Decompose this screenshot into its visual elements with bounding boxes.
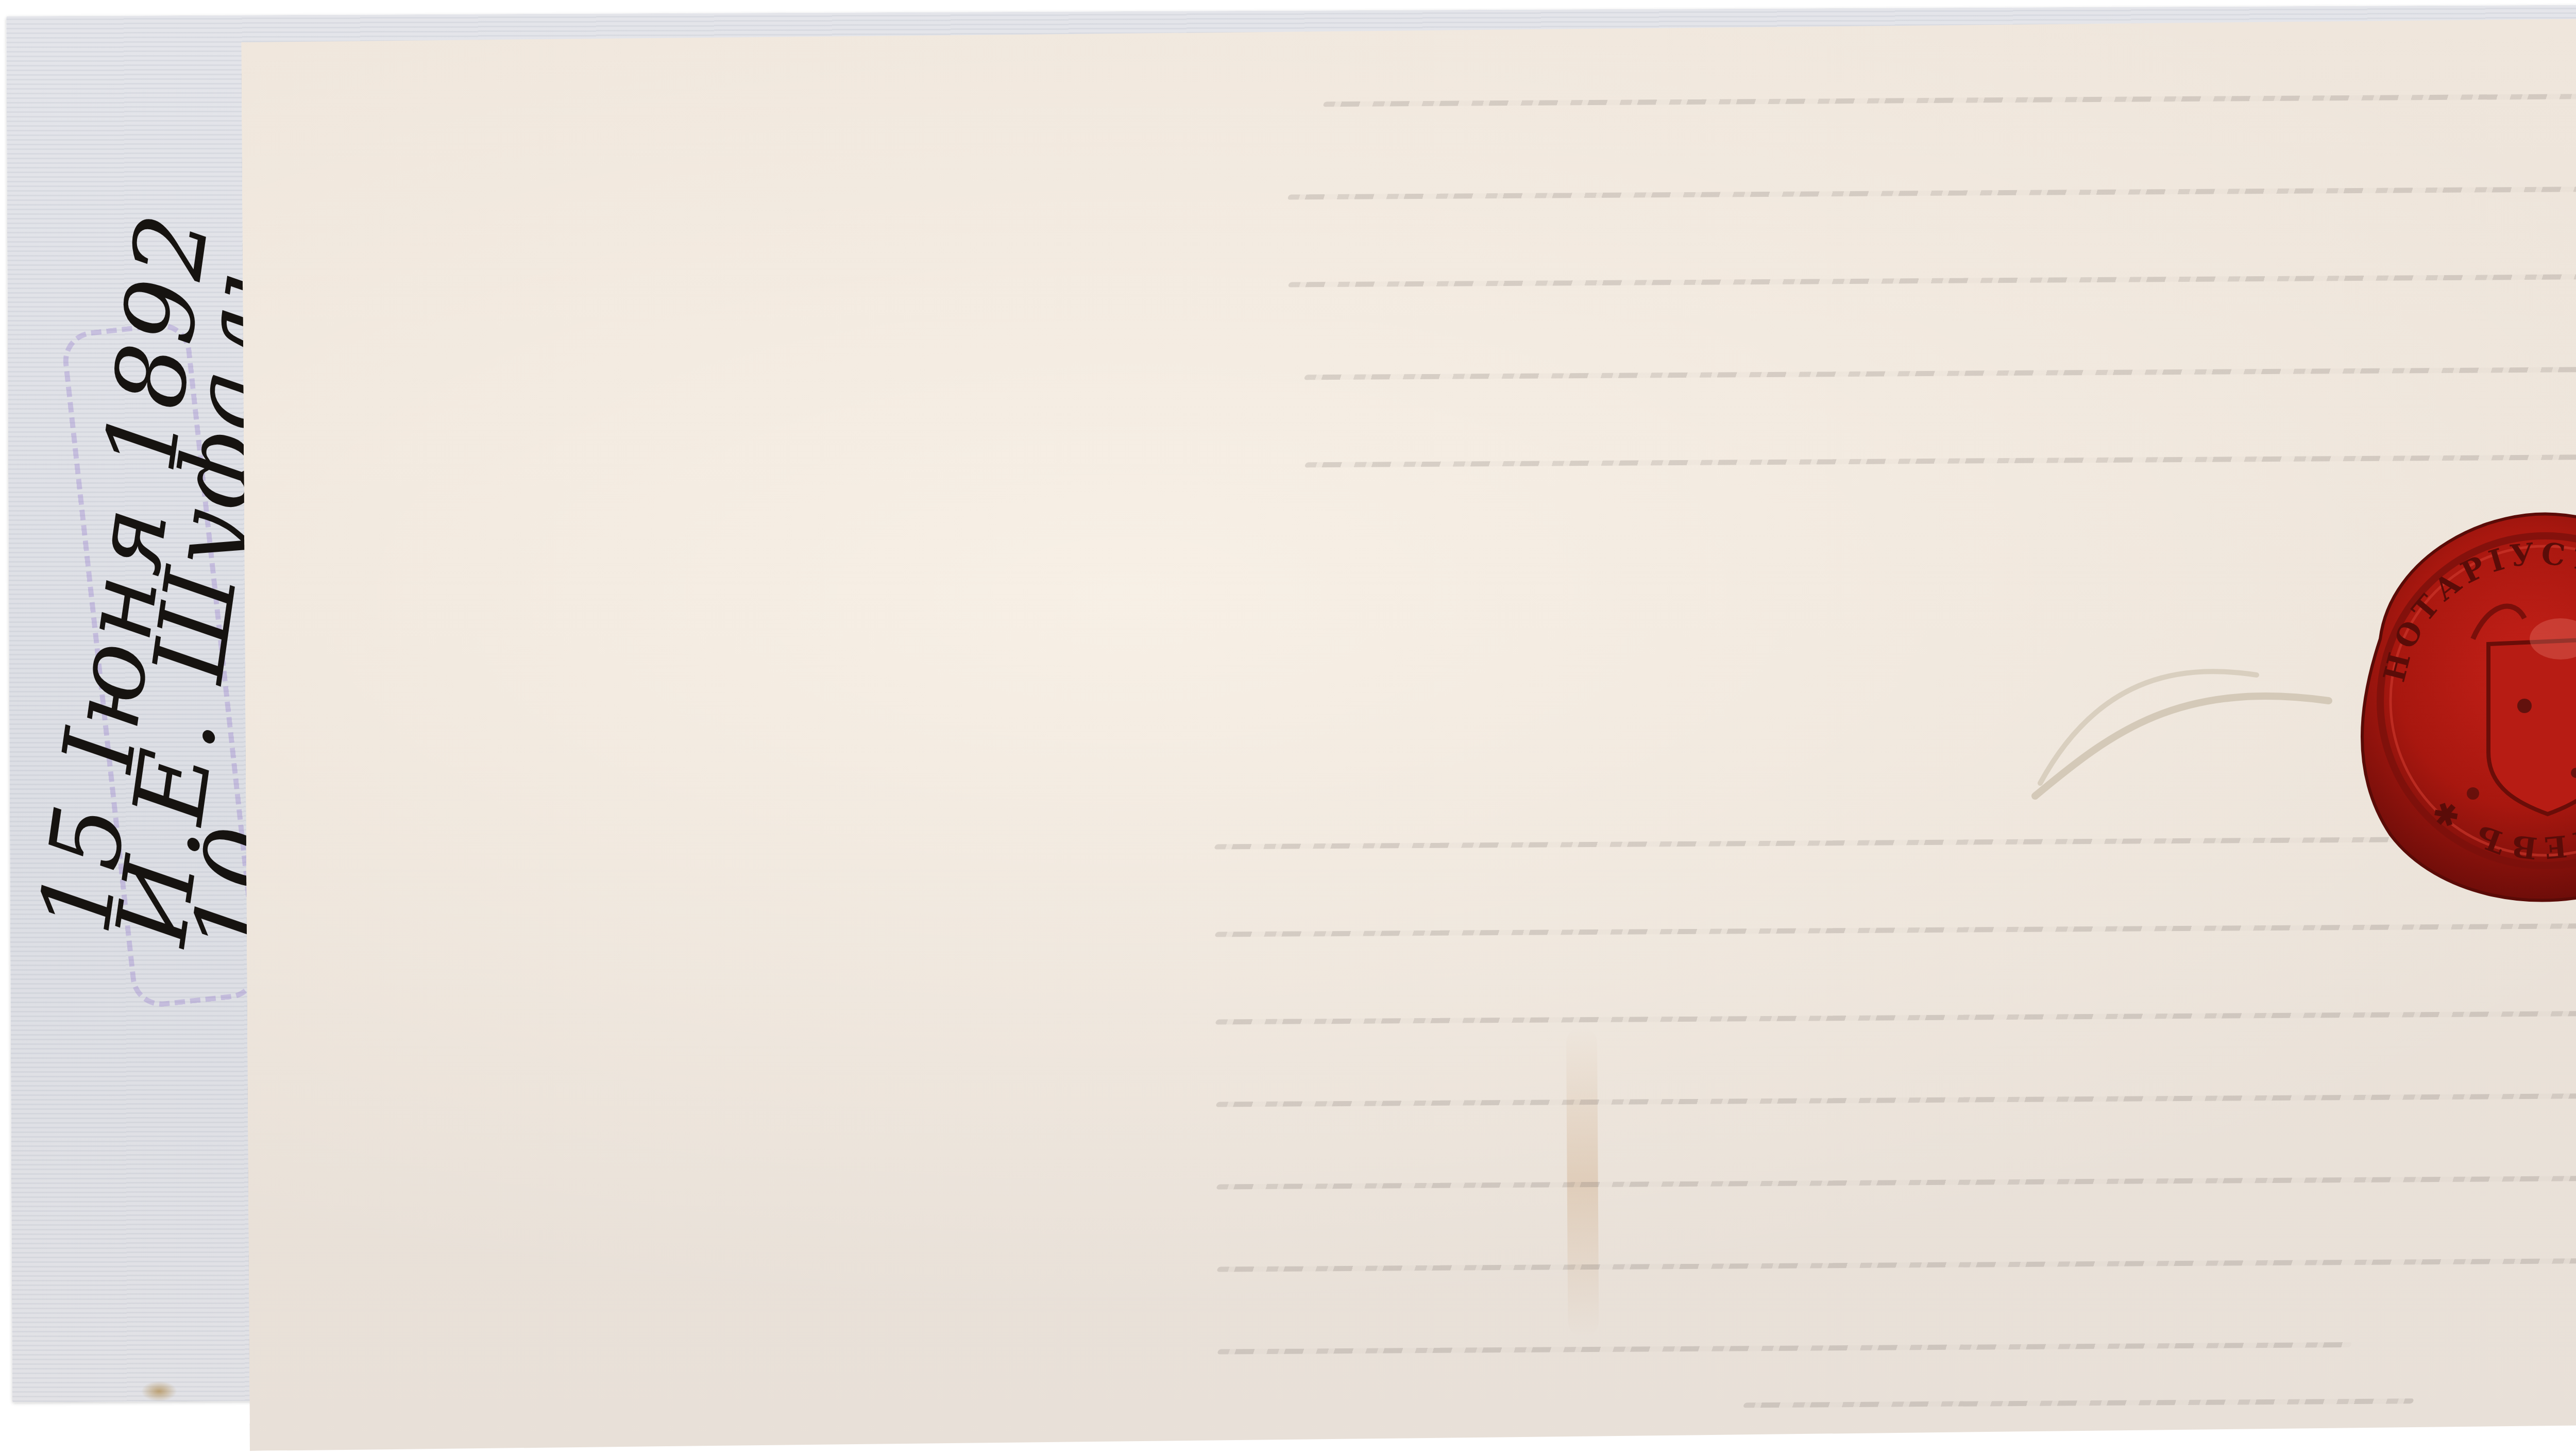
stain xyxy=(141,1381,177,1401)
bleed-line xyxy=(1304,453,2576,467)
bleed-line xyxy=(1216,1174,2576,1189)
front-letter-sheet xyxy=(241,13,2576,1451)
bleed-line xyxy=(1304,365,2576,380)
bleed-line xyxy=(1287,272,2576,288)
document-photo: 15 Іюня 1892 И.Е. Шуфаль 10 … xyxy=(0,0,2576,1454)
bleed-line xyxy=(1743,1398,2414,1408)
bleed-line xyxy=(1217,1342,2352,1354)
bleed-through-text xyxy=(241,13,2576,1451)
bleed-line xyxy=(1215,1009,2576,1024)
bleed-line xyxy=(1323,92,2576,107)
bleed-line xyxy=(1214,921,2576,937)
bleed-line xyxy=(1215,1091,2576,1107)
bleed-line xyxy=(1216,1256,2576,1272)
wax-seal-icon: НОТАРІУСЪ Г. ВИТЕ… ✱ КІЕВЪ ✱ xyxy=(2318,484,2576,917)
bleed-line xyxy=(1287,184,2576,200)
